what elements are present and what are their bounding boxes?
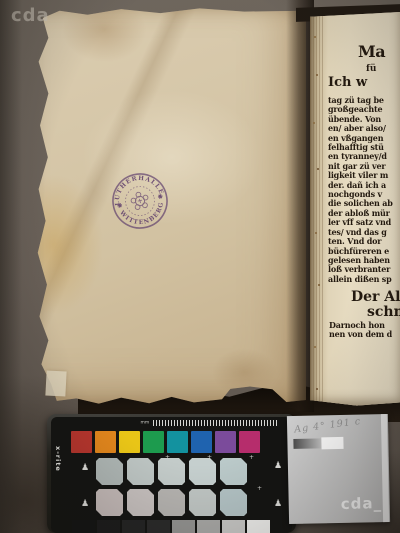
label-folded-edge [381,414,389,522]
photograph-stage: LUTHERHALLE ✱ WITTENBERG ✱ M [0,0,400,533]
cda-watermark-bottom-right: cda_ [341,494,383,513]
plus-mark-icon: + [165,454,170,461]
section-heading-line2: schm [367,304,400,320]
text-line: allein dißen sp [328,275,400,284]
library-stamp: LUTHERHALLE ✱ WITTENBERG ✱ [107,168,173,234]
gray-wedge-strip [293,438,321,449]
body-text-block-2: Darnoch honnen von dem d [329,321,400,339]
paper-repair-patch [45,370,66,396]
shelfmark-label-card: Ag 4° 191 c cda_ [287,414,390,524]
dropcap-line: Ich w [328,75,367,90]
registration-marks: + + + + [47,414,296,533]
foxing-spots [314,36,316,38]
plus-mark-icon: + [207,454,212,461]
cda-watermark-top-left: cda [11,5,50,26]
gutter-shadow [286,0,314,412]
section-heading-line1: Der Al [351,289,400,305]
luther-rose-emblem-icon [130,190,151,210]
white-wedge-strip [321,437,343,449]
text-line: nen von dem d [329,330,400,339]
page-heading: Ma [358,42,385,61]
stamp-seal-icon: LUTHERHALLE ✱ WITTENBERG ✱ [107,168,173,234]
right-printed-page: Ma fü Ich w tag zü tag begroßgeachteüben… [310,12,400,408]
color-checker-card: mm x-rite ♟ ♟ ♟ ♟ + + + + [47,414,296,533]
plus-mark-icon: + [257,485,262,492]
shelfmark-text: Ag 4° 191 c [294,416,362,435]
body-text-block: tag zü tag begroßgeachteübende. Vonen/ a… [328,96,400,284]
plus-mark-icon: + [249,454,254,461]
page-heading-subline: fü [366,64,376,74]
page-fore-edge [310,12,325,408]
